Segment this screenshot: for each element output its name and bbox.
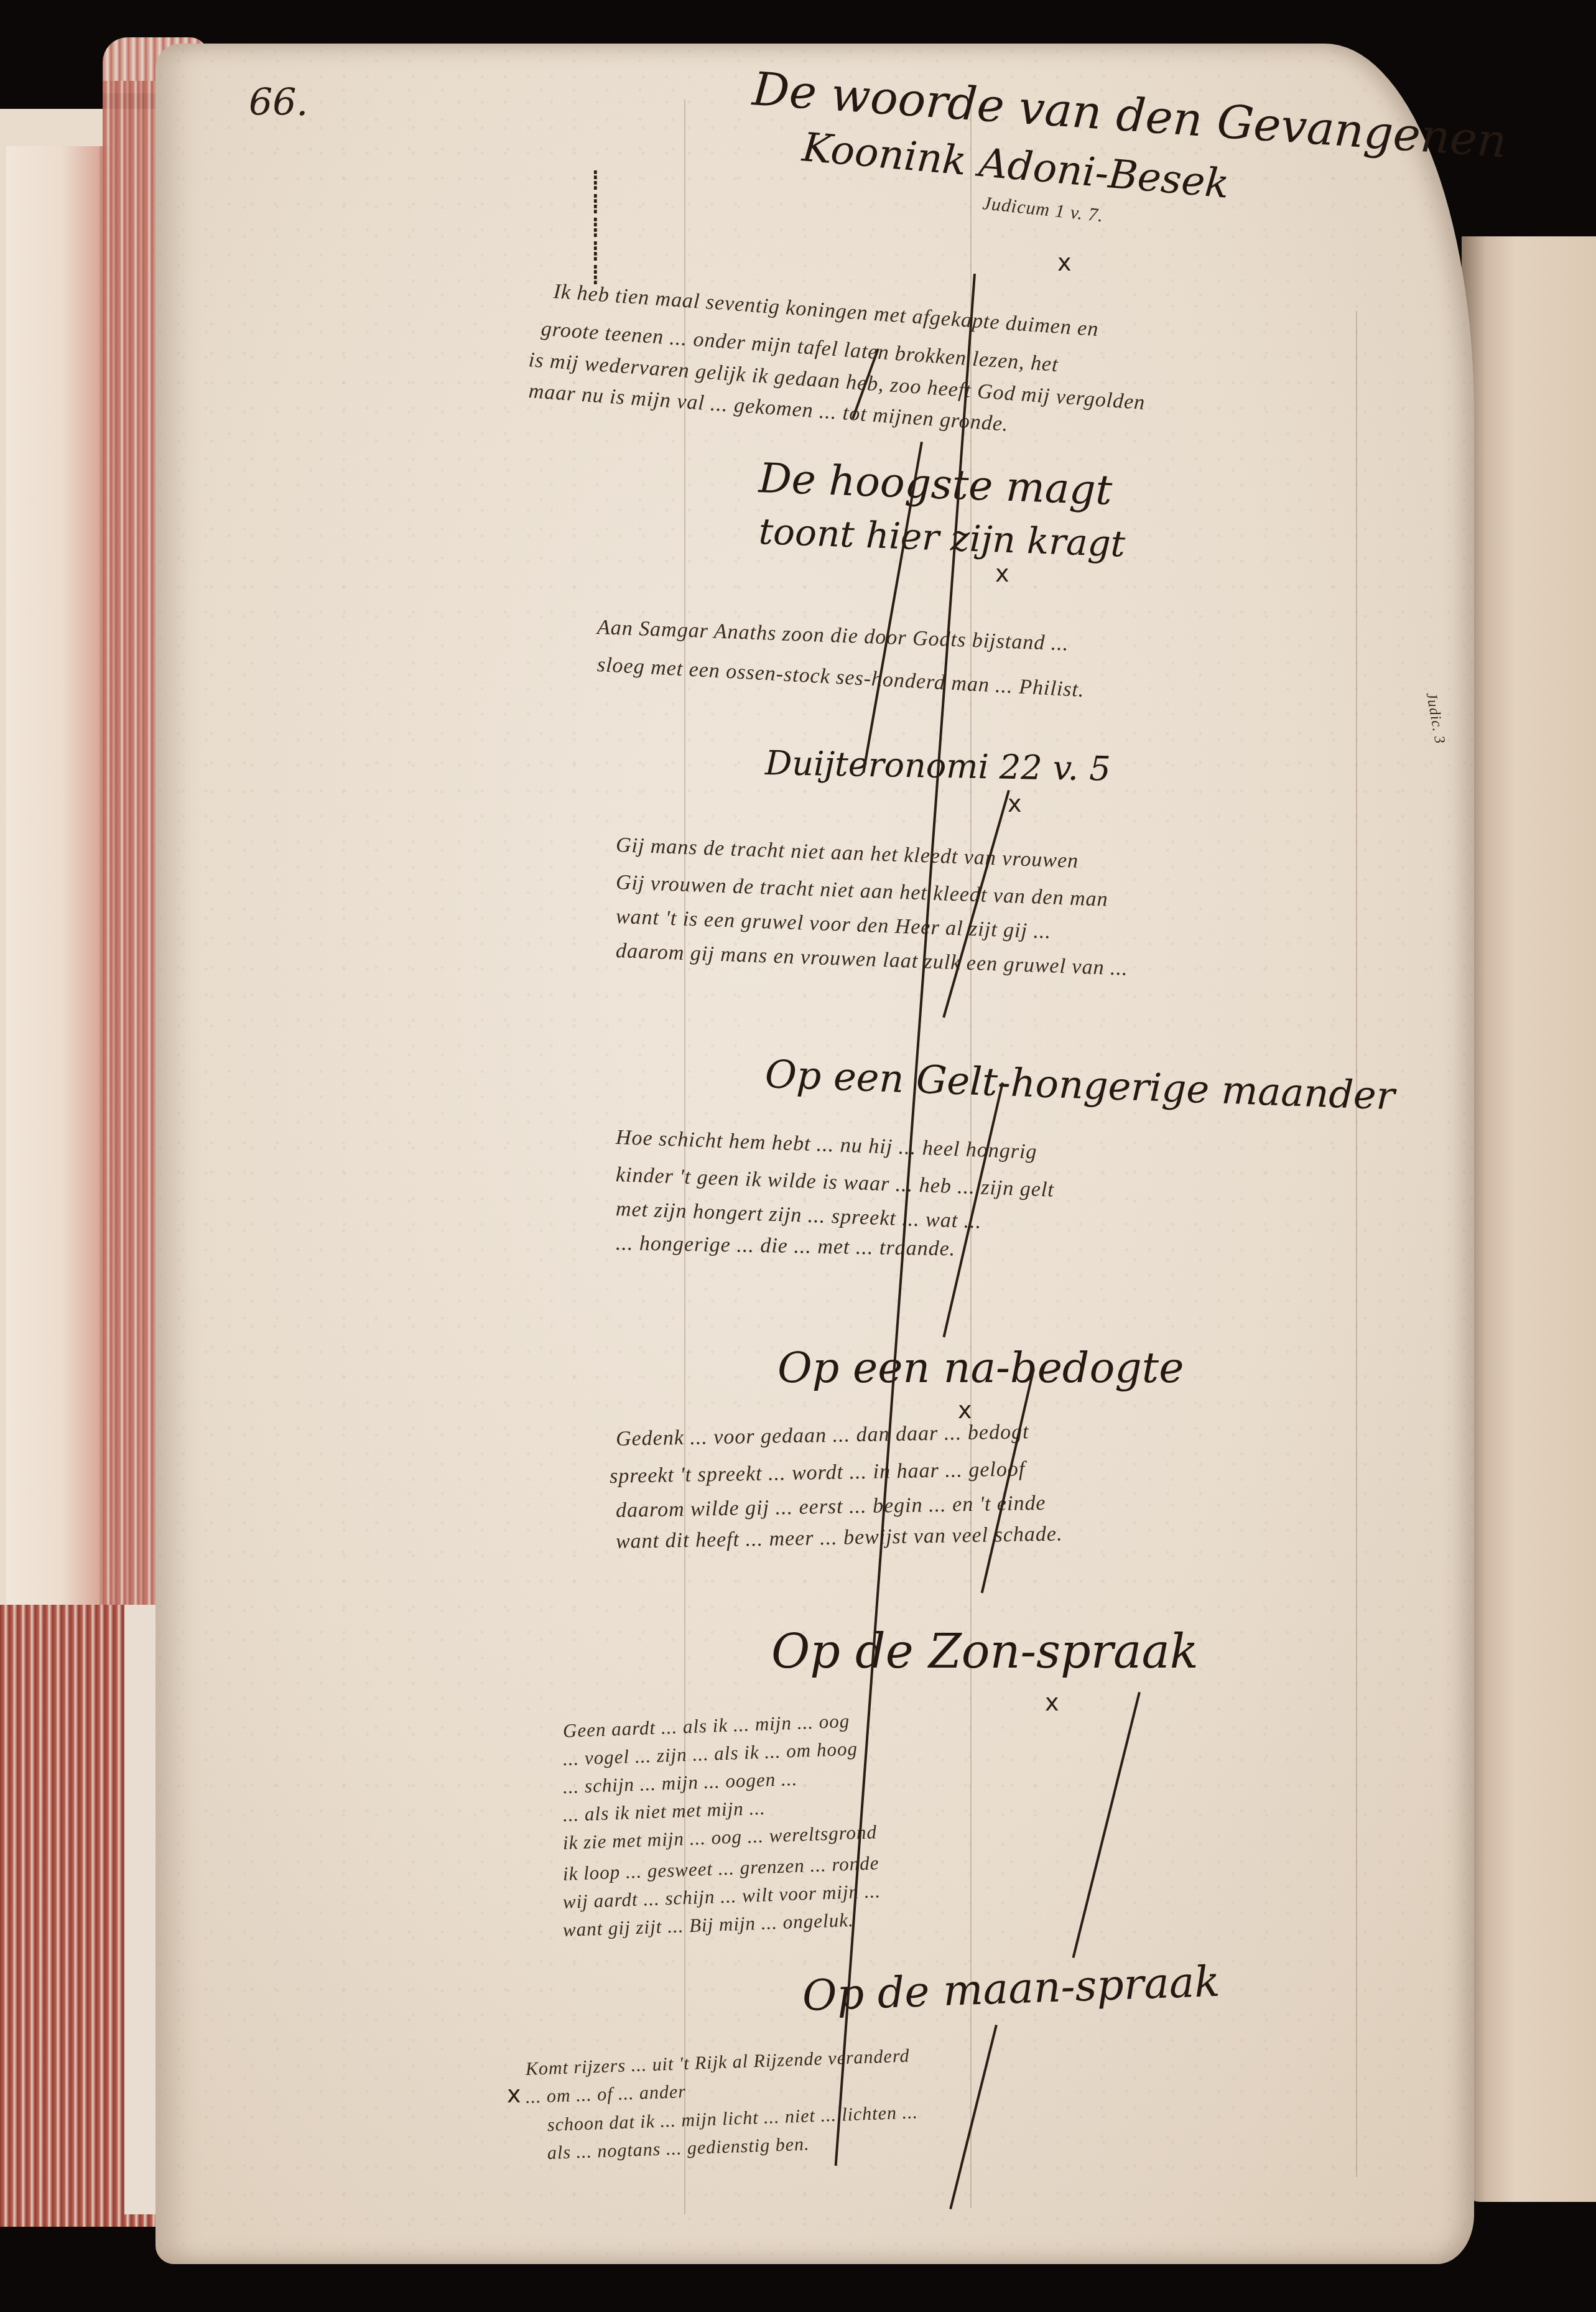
- cross-mark-icon: x: [958, 1396, 972, 1424]
- cross-mark-icon: x: [1045, 1689, 1059, 1716]
- page-number: 66.: [249, 81, 308, 124]
- section-6-heading: Op de Zon-spraak: [771, 1623, 1199, 1679]
- cross-mark-icon: x: [507, 2081, 521, 2108]
- margin-dots-icon: ⁞⁞⁞⁞⁞: [591, 168, 600, 286]
- cross-mark-icon: x: [1008, 790, 1022, 817]
- cross-mark-icon: x: [1057, 249, 1072, 276]
- section-5-heading: Op een na-bedogte: [777, 1344, 1184, 1393]
- fold-line: [1356, 311, 1357, 2177]
- cross-mark-icon: x: [995, 560, 1009, 587]
- right-facing-page: [1462, 236, 1596, 2202]
